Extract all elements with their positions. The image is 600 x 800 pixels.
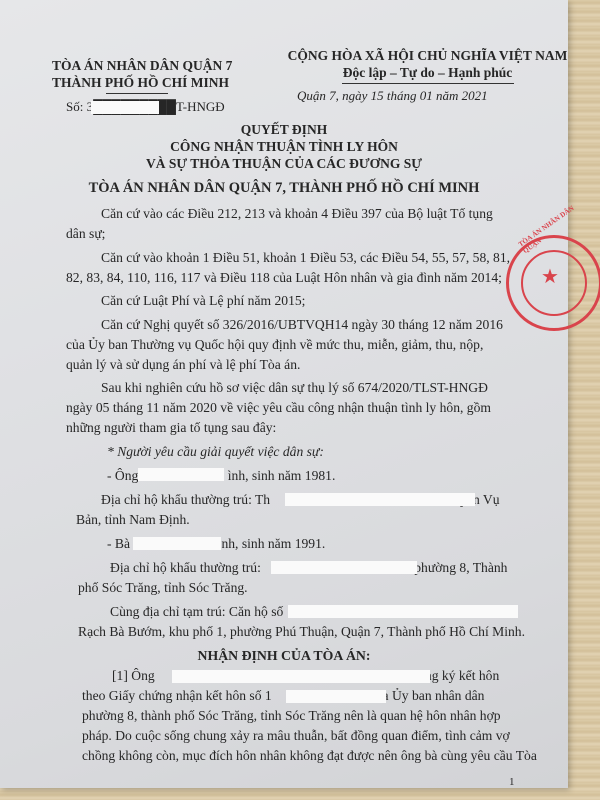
body-line: pháp. Do cuộc sống chung xảy ra mâu thuẫ… — [82, 728, 510, 744]
redaction — [172, 670, 430, 683]
body-line: Căn cứ vào khoản 1 Điều 51, khoản 1 Điều… — [101, 250, 510, 266]
redaction — [288, 605, 518, 618]
body-line: quản lý và sử dụng án phí và lệ phí Tòa … — [66, 357, 300, 373]
body-line: dân sự; — [66, 226, 105, 242]
redaction — [286, 690, 386, 703]
body-line: 82, 83, 84, 110, 116, 117 và Điều 118 củ… — [66, 270, 502, 286]
section-label: * Người yêu cầu giải quyết việc dân sự: — [107, 444, 324, 460]
body-line: của Ủy ban Thường vụ Quốc hội quy định v… — [66, 337, 483, 353]
body-line: phường 8, thành phố Sóc Trăng, tỉnh Sóc … — [82, 708, 501, 724]
redaction — [271, 561, 417, 574]
body-line: Sau khi nghiên cứu hồ sơ việc dân sự thụ… — [101, 380, 488, 396]
redaction — [91, 101, 159, 114]
body-line: Cùng địa chỉ tạm trú: Căn hộ số — [110, 604, 283, 620]
body-line: Căn cứ Nghị quyết số 326/2016/UBTVQH14 n… — [101, 317, 503, 333]
court-heading: TÒA ÁN NHÂN DÂN QUẬN 7, THÀNH PHỐ HỒ CHÍ… — [0, 180, 568, 197]
star-icon: ★ — [541, 264, 559, 289]
redaction — [133, 537, 221, 550]
body-line: Căn cứ Luật Phí và Lệ phí năm 2015; — [101, 293, 305, 309]
body-line: chồng không còn, mục đích hôn nhân không… — [82, 748, 537, 764]
court-header: TÒA ÁN NHÂN DÂN QUẬN 7 THÀNH PHỐ HỒ CHÍ … — [52, 57, 222, 94]
motto-underline — [342, 83, 514, 84]
redaction — [285, 493, 475, 506]
document-page: TÒA ÁN NHÂN DÂN QUẬN 7 THÀNH PHỐ HỒ CHÍ … — [0, 0, 568, 788]
body-line: Bản, tỉnh Nam Định. — [76, 512, 190, 528]
body-line: phố Sóc Trăng, tỉnh Sóc Trăng. — [78, 580, 248, 596]
page-number: 1 — [509, 776, 515, 788]
decision-subtitle-1: CÔNG NHẬN THUẬN TÌNH LY HÔN — [0, 139, 568, 155]
body-line: ngày 05 tháng 11 năm 2020 về việc yêu cầ… — [66, 400, 491, 416]
motto: Độc lập – Tự do – Hạnh phúc — [255, 64, 600, 81]
redaction — [138, 468, 224, 481]
court-seal: ★ TÒA ÁN NHÂN DÂN QUẬN — [506, 235, 600, 331]
header-underline — [106, 93, 168, 94]
issue-date: Quận 7, ngày 15 tháng 01 năm 2021 — [297, 88, 488, 104]
body-line: Rạch Bà Bướm, khu phố 1, phường Phú Thuậ… — [78, 624, 525, 640]
court-name: TÒA ÁN NHÂN DÂN QUẬN 7 — [52, 57, 222, 74]
body-line: Căn cứ vào các Điều 212, 213 và khoản 4 … — [101, 206, 493, 222]
republic-header: CỘNG HÒA XÃ HỘI CHỦ NGHĨA VIỆT NAM Độc l… — [255, 47, 600, 84]
body-line: theo Giấy chứng nhận kết hôn số 1của Ủy … — [82, 688, 484, 704]
decision-subtitle-2: VÀ SỰ THỎA THUẬN CỦA CÁC ĐƯƠNG SỰ — [0, 156, 568, 172]
republic-name: CỘNG HÒA XÃ HỘI CHỦ NGHĨA VIỆT NAM — [255, 47, 600, 64]
section-heading: NHẬN ĐỊNH CỦA TÒA ÁN: — [0, 648, 568, 664]
court-city: THÀNH PHỐ HỒ CHÍ MINH — [52, 74, 222, 91]
decision-title: QUYẾT ĐỊNH — [0, 122, 568, 138]
body-line: những người tham gia tố tụng sau đây: — [66, 420, 276, 436]
